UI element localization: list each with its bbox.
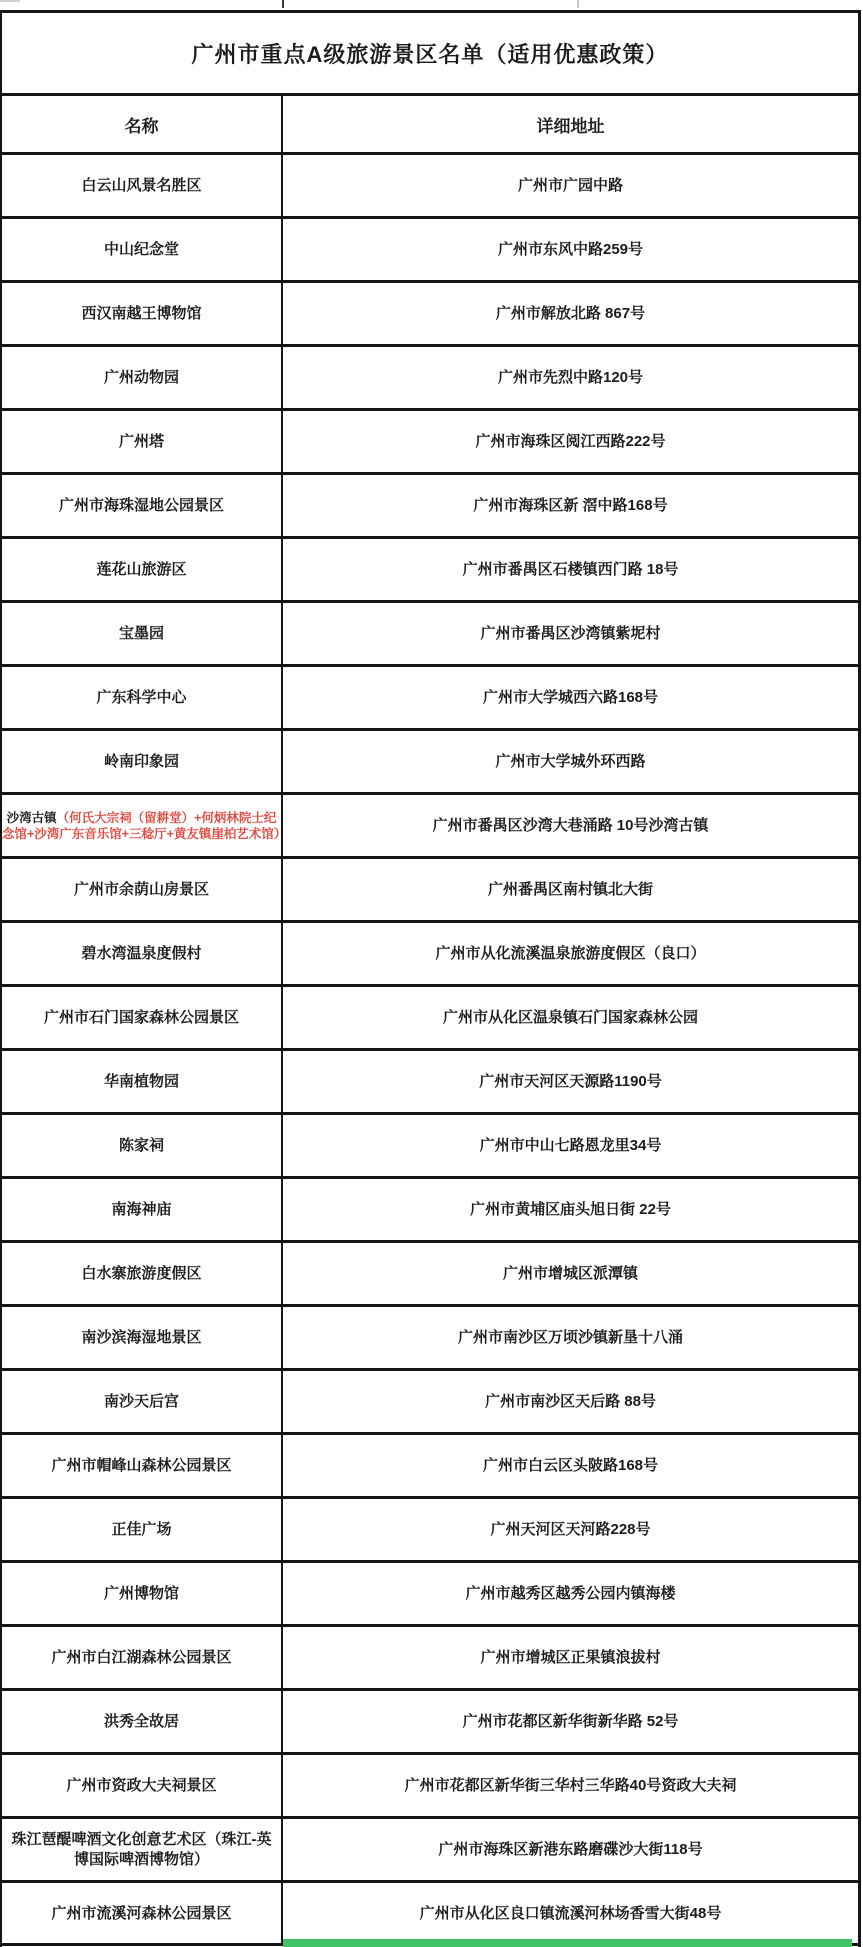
attraction-address: 广州市先烈中路120号: [283, 347, 858, 408]
table-row: 广州市帽峰山森林公园景区广州市白云区头陂路168号: [2, 1432, 858, 1496]
attraction-name: 南海神庙: [111, 1201, 171, 1218]
attraction-address: 广州市中山七路恩龙里34号: [283, 1115, 858, 1176]
table-row: 正佳广场广州天河区天河路228号: [2, 1496, 858, 1560]
attraction-name: 莲花山旅游区: [96, 561, 186, 578]
attraction-name: 广州塔: [119, 433, 164, 450]
attraction-name-cell: 白水寨旅游度假区: [2, 1243, 283, 1304]
table-body: 白云山风景名胜区广州市广园中路中山纪念堂广州市东风中路259号西汉南越王博物馆广…: [2, 152, 858, 1944]
top-divider-fragment-light: [577, 0, 579, 8]
attraction-name: 华南植物园: [104, 1073, 179, 1090]
attraction-address: 广州市海珠区新港东路磨碟沙大街118号: [283, 1819, 858, 1880]
attraction-name: 广州市石门国家森林公园景区: [44, 1009, 239, 1026]
attraction-address: 广州市番禺区沙湾大巷涌路 10号沙湾古镇: [283, 795, 858, 856]
attraction-address: 广州市南沙区天后路 88号: [283, 1371, 858, 1432]
attraction-address: 广州番禺区南村镇北大街: [283, 859, 858, 920]
green-highlight-bar: [283, 1939, 852, 1947]
table-row: 南沙天后宫广州市南沙区天后路 88号: [2, 1368, 858, 1432]
attraction-name-cell: 广州市帽峰山森林公园景区: [2, 1435, 283, 1496]
attraction-name: 广州市白江湖森林公园景区: [51, 1649, 231, 1666]
attraction-address: 广州市南沙区万顷沙镇新垦十八涌: [283, 1307, 858, 1368]
table-row: 碧水湾温泉度假村广州市从化流溪温泉旅游度假区（良口）: [2, 920, 858, 984]
attraction-address: 广州市从化区温泉镇石门国家森林公园: [283, 987, 858, 1048]
table-row: 南海神庙广州市黄埔区庙头旭日街 22号: [2, 1176, 858, 1240]
attraction-name: 南沙滨海湿地景区: [81, 1329, 201, 1346]
attraction-address: 广州市番禺区沙湾镇紫坭村: [283, 603, 858, 664]
attraction-name-cell: 广州塔: [2, 411, 283, 472]
table-row: 南沙滨海湿地景区广州市南沙区万顷沙镇新垦十八涌: [2, 1304, 858, 1368]
table-row: 陈家祠广州市中山七路恩龙里34号: [2, 1112, 858, 1176]
table-row: 沙湾古镇（何氏大宗祠（留耕堂）+何炳林院士纪念馆+沙湾广东音乐馆+三稔厅+黄友镇…: [2, 792, 858, 856]
attraction-name: 珠江琶醍啤酒文化创意艺术区（珠江-英博国际啤酒博物馆）: [12, 1831, 272, 1868]
attraction-address: 广州市大学城西六路168号: [283, 667, 858, 728]
attraction-name-cell: 广州动物园: [2, 347, 283, 408]
attraction-name-cell: 洪秀全故居: [2, 1691, 283, 1752]
attraction-name-cell: 南沙滨海湿地景区: [2, 1307, 283, 1368]
attraction-name-cell: 珠江琶醍啤酒文化创意艺术区（珠江-英博国际啤酒博物馆）: [2, 1819, 283, 1880]
table-title-row: 广州市重点A级旅游景区名单（适用优惠政策）: [2, 13, 858, 93]
attraction-name-cell: 正佳广场: [2, 1499, 283, 1560]
table-row: 西汉南越王博物馆广州市解放北路 867号: [2, 280, 858, 344]
attraction-address: 广州市从化流溪温泉旅游度假区（良口）: [283, 923, 858, 984]
attraction-name: 中山纪念堂: [104, 241, 179, 258]
table-row: 白水寨旅游度假区广州市增城区派潭镇: [2, 1240, 858, 1304]
attraction-address: 广州市番禺区石楼镇西门路 18号: [283, 539, 858, 600]
attraction-name: 洪秀全故居: [104, 1713, 179, 1730]
attraction-name: 广州动物园: [104, 369, 179, 386]
attraction-name-cell: 广州市海珠湿地公园景区: [2, 475, 283, 536]
attraction-name: 陈家祠: [119, 1137, 164, 1154]
attraction-address: 广州市黄埔区庙头旭日街 22号: [283, 1179, 858, 1240]
attraction-name: 南沙天后宫: [104, 1393, 179, 1410]
attraction-name-cell: 沙湾古镇（何氏大宗祠（留耕堂）+何炳林院士纪念馆+沙湾广东音乐馆+三稔厅+黄友镇…: [2, 795, 283, 856]
table-row: 广州市白江湖森林公园景区广州市增城区正果镇浪拔村: [2, 1624, 858, 1688]
table-row: 莲花山旅游区广州市番禺区石楼镇西门路 18号: [2, 536, 858, 600]
attraction-name-cell: 岭南印象园: [2, 731, 283, 792]
attraction-address: 广州市海珠区新 滘中路168号: [283, 475, 858, 536]
attraction-name: 广州市海珠湿地公园景区: [59, 497, 224, 514]
attraction-name: 广州市流溪河森林公园景区: [51, 1905, 231, 1922]
table-row: 广州动物园广州市先烈中路120号: [2, 344, 858, 408]
attraction-name: 白云山风景名胜区: [81, 177, 201, 194]
attraction-name-cell: 华南植物园: [2, 1051, 283, 1112]
table-row: 广州市余荫山房景区广州番禺区南村镇北大街: [2, 856, 858, 920]
attraction-address: 广州市广园中路: [283, 155, 858, 216]
attraction-name: 白水寨旅游度假区: [81, 1265, 201, 1282]
table-row: 广州博物馆广州市越秀区越秀公园内镇海楼: [2, 1560, 858, 1624]
table-row: 广东科学中心广州市大学城西六路168号: [2, 664, 858, 728]
attraction-name-cell: 广州博物馆: [2, 1563, 283, 1624]
attraction-address: 广州市花都区新华街三华村三华路40号资政大夫祠: [283, 1755, 858, 1816]
table-row: 广州塔广州市海珠区阅江西路222号: [2, 408, 858, 472]
attraction-name-cell: 宝墨园: [2, 603, 283, 664]
attraction-name-cell: 广州市余荫山房景区: [2, 859, 283, 920]
attraction-name-cell: 莲花山旅游区: [2, 539, 283, 600]
attractions-table: 广州市重点A级旅游景区名单（适用优惠政策） 名称 详细地址 白云山风景名胜区广州…: [0, 10, 861, 1947]
attraction-address: 广州市天河区天源路1190号: [283, 1051, 858, 1112]
attraction-name: 岭南印象园: [104, 753, 179, 770]
attraction-name: 广州市资政大夫祠景区: [66, 1777, 216, 1794]
attraction-name-cell: 广州市石门国家森林公园景区: [2, 987, 283, 1048]
attraction-name-cell: 广州市白江湖森林公园景区: [2, 1627, 283, 1688]
attraction-name-cell: 南沙天后宫: [2, 1371, 283, 1432]
attraction-name-cell: 广州市资政大夫祠景区: [2, 1755, 283, 1816]
table-row: 宝墨园广州市番禺区沙湾镇紫坭村: [2, 600, 858, 664]
attraction-name-cell: 广州市流溪河森林公园景区: [2, 1883, 283, 1944]
column-header-address: 详细地址: [283, 96, 858, 152]
attraction-name-cell: 南海神庙: [2, 1179, 283, 1240]
attraction-name-cell: 广东科学中心: [2, 667, 283, 728]
attraction-name: 宝墨园: [119, 625, 164, 642]
attraction-address: 广州市增城区正果镇浪拔村: [283, 1627, 858, 1688]
attraction-address: 广州市越秀区越秀公园内镇海楼: [283, 1563, 858, 1624]
attraction-name-cell: 白云山风景名胜区: [2, 155, 283, 216]
page-title: 广州市重点A级旅游景区名单（适用优惠政策）: [192, 38, 669, 69]
attraction-name: 广州博物馆: [104, 1585, 179, 1602]
table-header-row: 名称 详细地址: [2, 93, 858, 152]
table-row: 广州市资政大夫祠景区广州市花都区新华街三华村三华路40号资政大夫祠: [2, 1752, 858, 1816]
table-row: 洪秀全故居广州市花都区新华街新华路 52号: [2, 1688, 858, 1752]
top-edge-artifacts: [0, 0, 863, 10]
attraction-address: 广州市大学城外环西路: [283, 731, 858, 792]
column-header-name: 名称: [2, 96, 283, 152]
attraction-address: 广州市东风中路259号: [283, 219, 858, 280]
attraction-name: 广州市余荫山房景区: [74, 881, 209, 898]
table-row: 白云山风景名胜区广州市广园中路: [2, 152, 858, 216]
attraction-name: 西汉南越王博物馆: [81, 305, 201, 322]
table-row: 中山纪念堂广州市东风中路259号: [2, 216, 858, 280]
top-left-line-fragment: [0, 0, 20, 2]
attraction-address: 广州市花都区新华街新华路 52号: [283, 1691, 858, 1752]
attraction-address: 广州市海珠区阅江西路222号: [283, 411, 858, 472]
attraction-name-cell: 碧水湾温泉度假村: [2, 923, 283, 984]
table-row: 华南植物园广州市天河区天源路1190号: [2, 1048, 858, 1112]
attraction-name: 广东科学中心: [96, 689, 186, 706]
attraction-name: 广州市帽峰山森林公园景区: [51, 1457, 231, 1474]
attraction-address: 广州市增城区派潭镇: [283, 1243, 858, 1304]
attraction-name: 碧水湾温泉度假村: [81, 945, 201, 962]
attraction-name: 沙湾古镇: [7, 811, 57, 825]
attraction-name-cell: 陈家祠: [2, 1115, 283, 1176]
attraction-name-cell: 中山纪念堂: [2, 219, 283, 280]
attraction-address: 广州市解放北路 867号: [283, 283, 858, 344]
attraction-address: 广州市从化区良口镇流溪河林场香雪大街48号: [283, 1883, 858, 1944]
top-divider-fragment: [282, 0, 284, 8]
attraction-address: 广州天河区天河路228号: [283, 1499, 858, 1560]
table-row: 珠江琶醍啤酒文化创意艺术区（珠江-英博国际啤酒博物馆）广州市海珠区新港东路磨碟沙…: [2, 1816, 858, 1880]
table-row: 广州市海珠湿地公园景区广州市海珠区新 滘中路168号: [2, 472, 858, 536]
table-row: 岭南印象园广州市大学城外环西路: [2, 728, 858, 792]
table-row: 广州市石门国家森林公园景区广州市从化区温泉镇石门国家森林公园: [2, 984, 858, 1048]
attraction-name-cell: 西汉南越王博物馆: [2, 283, 283, 344]
attraction-name: 正佳广场: [111, 1521, 171, 1538]
attraction-address: 广州市白云区头陂路168号: [283, 1435, 858, 1496]
table-row: 广州市流溪河森林公园景区广州市从化区良口镇流溪河林场香雪大街48号: [2, 1880, 858, 1944]
